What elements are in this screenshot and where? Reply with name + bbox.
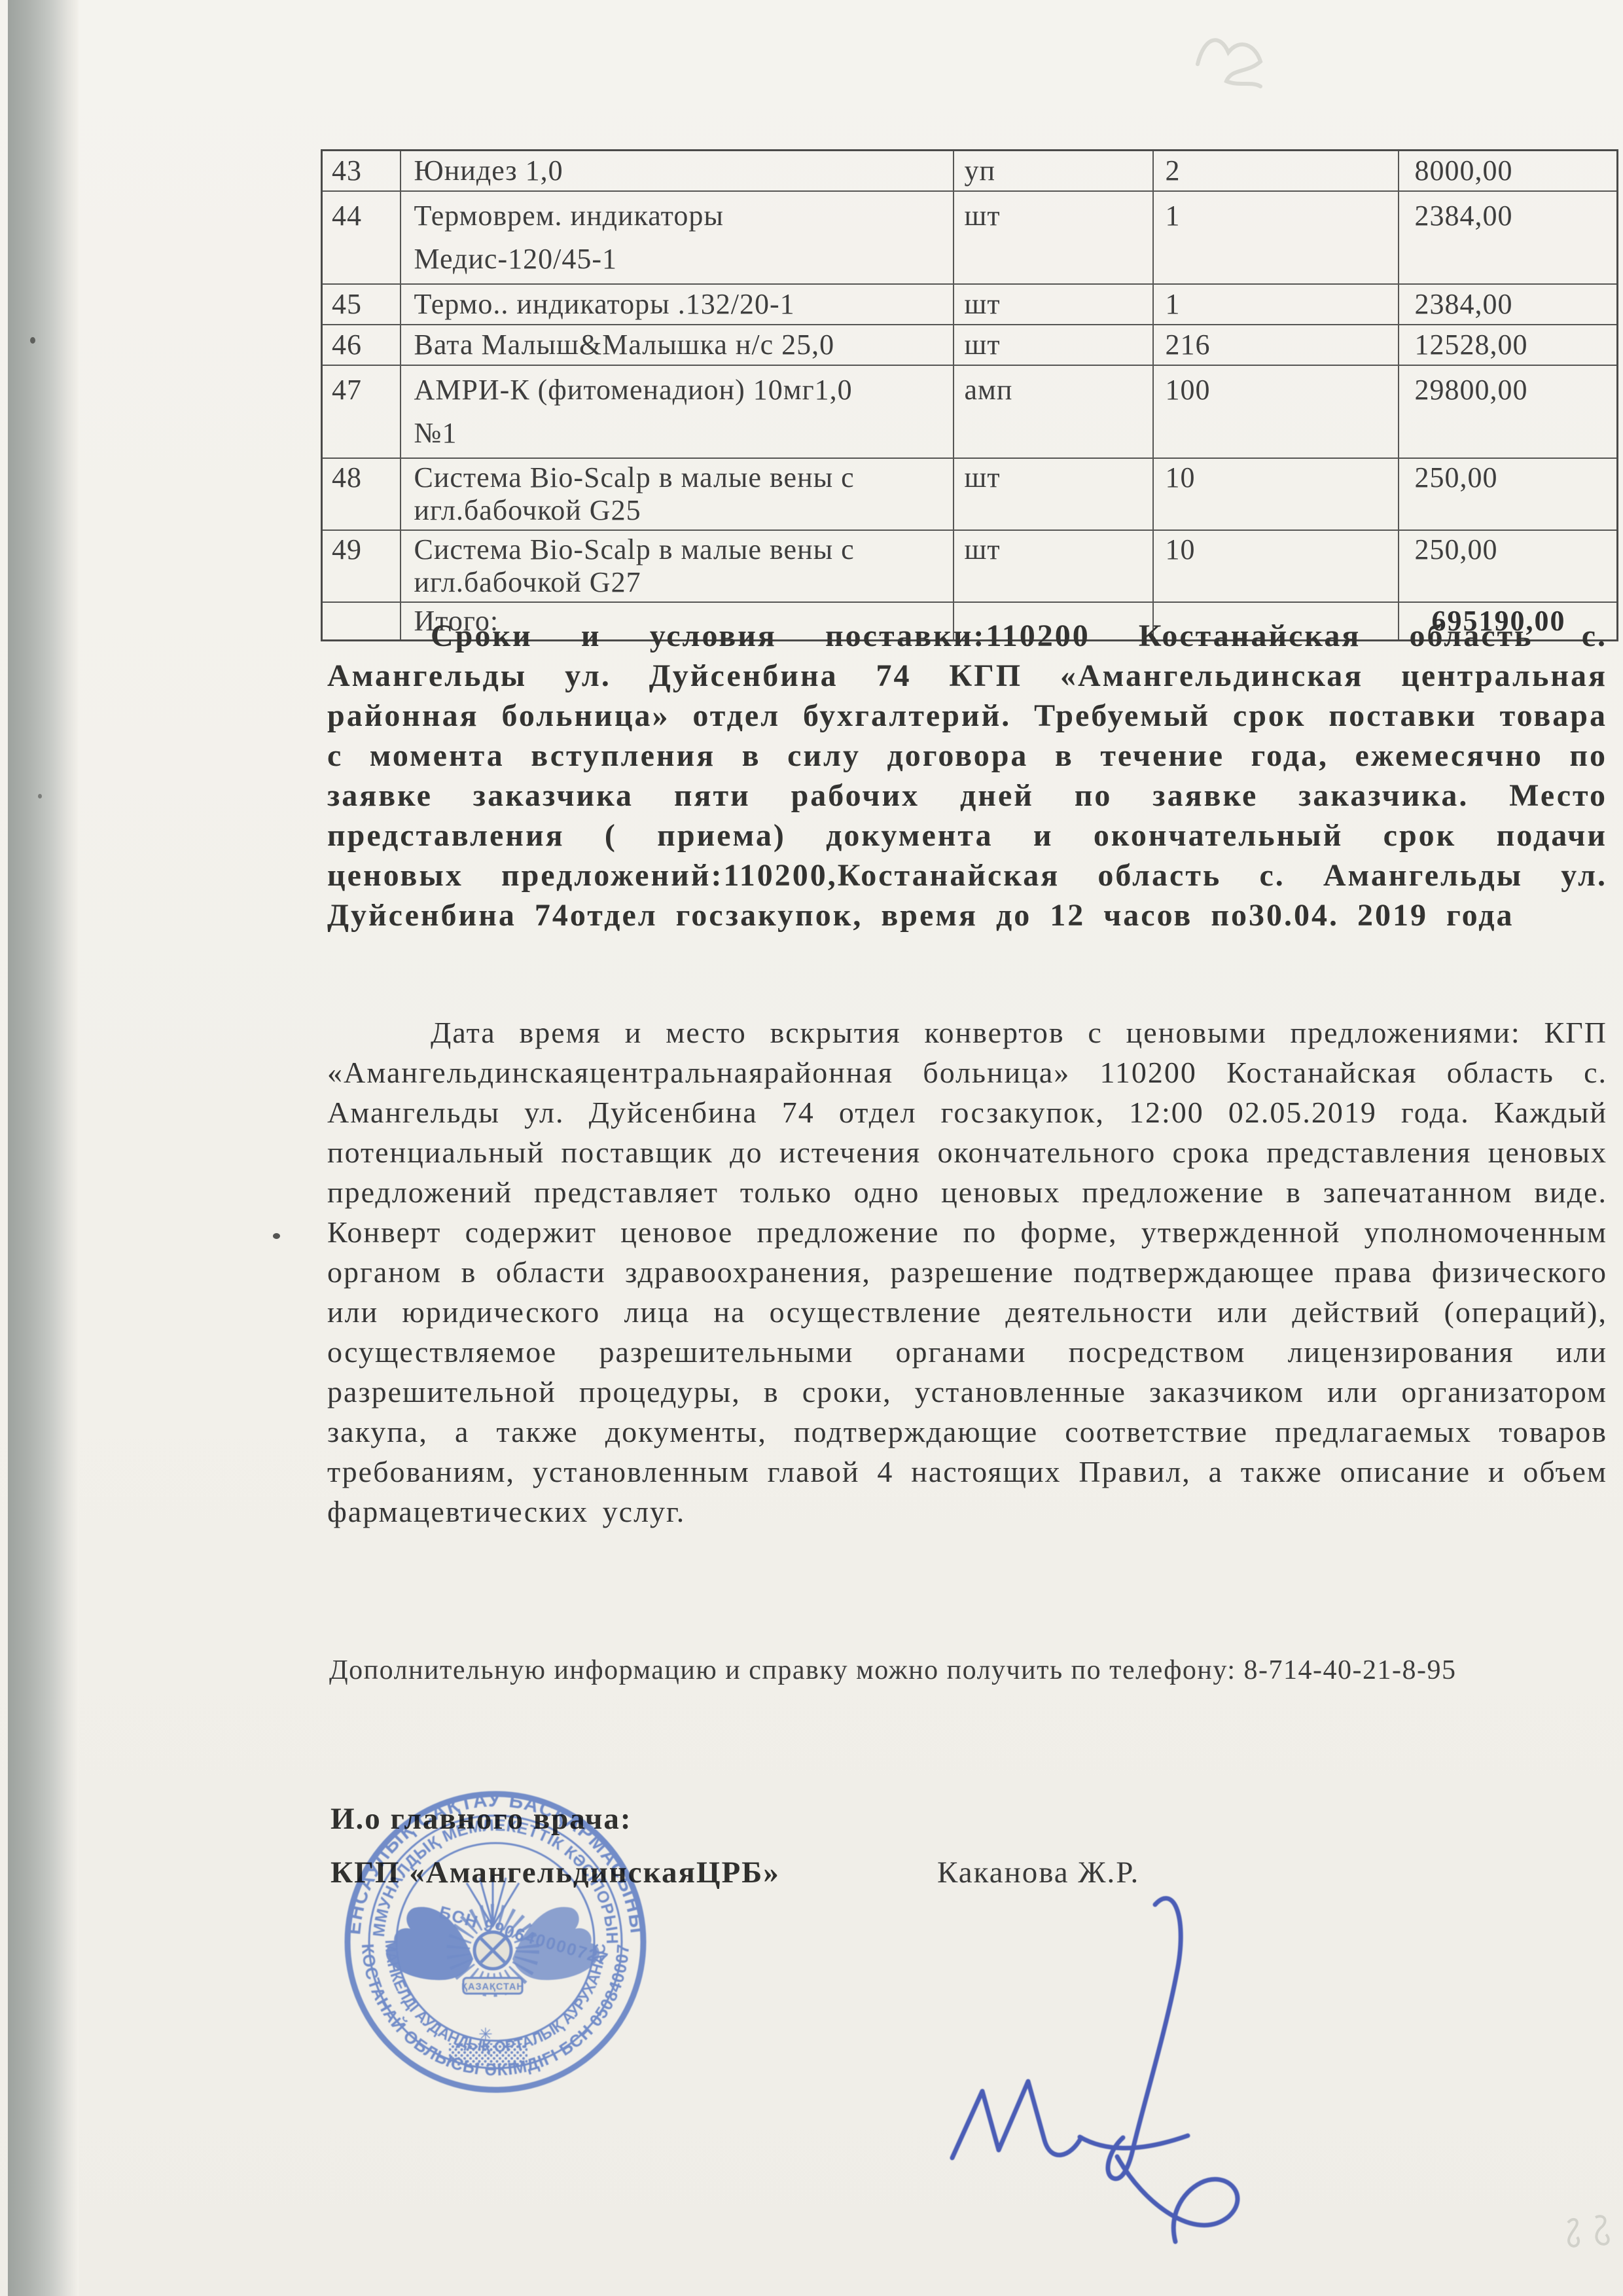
item-name-cell: Система Bio-Scalp в малые вены с игл.баб… (401, 530, 954, 602)
item-qty-cell: 2 (1153, 151, 1399, 192)
table-row: 45 Термо.. индикаторы .132/20-1 шт 1 238… (322, 284, 1618, 325)
item-number-cell: 45 (322, 284, 401, 325)
item-name-cell: Термо.. индикаторы .132/20-1 (401, 284, 954, 325)
delivery-terms-paragraph: Сроки и условия поставки:110200 Костанай… (327, 616, 1607, 935)
items-table: 43 Юнидез 1,0 уп 2 8000,00 44 Термоврем.… (321, 149, 1618, 641)
item-name-cell: Вата Малыш&Малышка н/с 25,0 (401, 325, 954, 365)
item-number-cell: 48 (322, 458, 401, 530)
emblem-banner-label: ҚАЗАҚСТАН (461, 1982, 524, 1992)
scan-artifact (38, 794, 42, 798)
item-qty-cell: 100 (1153, 365, 1399, 458)
item-unit-cell: шт (954, 284, 1153, 325)
item-name-cell: Система Bio-Scalp в малые вены с игл.баб… (401, 458, 954, 530)
emblem-right-wing (512, 1907, 599, 1981)
table-row: 48 Система Bio-Scalp в малые вены с игл.… (322, 458, 1618, 530)
item-number-cell: 47 (322, 365, 401, 458)
item-price-cell: 8000,00 (1399, 151, 1618, 192)
item-qty-cell: 1 (1153, 284, 1399, 325)
item-name-cell: АМРИ-К (фитоменадион) 10мг1,0 №1 (401, 365, 954, 458)
scan-artifact (1556, 2211, 1615, 2263)
table-row: 47 АМРИ-К (фитоменадион) 10мг1,0 №1 амп … (322, 365, 1618, 458)
item-unit-cell: шт (954, 325, 1153, 365)
item-number-cell: 43 (322, 151, 401, 192)
item-price-cell: 250,00 (1399, 458, 1618, 530)
scan-artifact (273, 1233, 280, 1239)
item-qty-cell: 216 (1153, 325, 1399, 365)
item-price-cell: 2384,00 (1399, 191, 1618, 284)
envelope-opening-paragraph: Дата время и место вскрытия конвертов с … (327, 1013, 1607, 1532)
item-unit-cell: шт (954, 191, 1153, 284)
item-price-cell: 250,00 (1399, 530, 1618, 602)
contact-phone-line: Дополнительную информацию и справку можн… (329, 1655, 1456, 1686)
official-round-stamp: ДЕНСАУЛЫҚ САҚТАУ БАСҚАРМАСЫНЫҢ КОСТАНАЙ … (319, 1765, 672, 2119)
item-unit-cell: шт (954, 530, 1153, 602)
item-unit-cell: амп (954, 365, 1153, 458)
item-number-cell: 46 (322, 325, 401, 365)
handwritten-signature (913, 1875, 1293, 2268)
table-row: 46 Вата Малыш&Малышка н/с 25,0 шт 216 12… (322, 325, 1618, 365)
item-qty-cell: 10 (1153, 530, 1399, 602)
scan-artifact (1192, 18, 1310, 103)
item-name-cell: Юнидез 1,0 (401, 151, 954, 192)
scan-artifact (30, 337, 35, 344)
stamp-star-icon: ✳ (478, 2024, 493, 2044)
item-name-cell: Термоврем. индикаторы Медис-120/45-1 (401, 191, 954, 284)
table-row: 44 Термоврем. индикаторы Медис-120/45-1 … (322, 191, 1618, 284)
item-qty-cell: 1 (1153, 191, 1399, 284)
stamp-hatch-box (449, 2043, 527, 2066)
scanner-edge-shadow (8, 0, 79, 2296)
item-number-cell: 44 (322, 191, 401, 284)
table-row: 43 Юнидез 1,0 уп 2 8000,00 (322, 151, 1618, 192)
item-unit-cell: уп (954, 151, 1153, 192)
item-price-cell: 2384,00 (1399, 284, 1618, 325)
item-price-cell: 12528,00 (1399, 325, 1618, 365)
kazakhstan-emblem (386, 1875, 599, 1994)
table-row: 49 Система Bio-Scalp в малые вены с игл.… (322, 530, 1618, 602)
item-price-cell: 29800,00 (1399, 365, 1618, 458)
item-number-cell: 49 (322, 530, 401, 602)
item-unit-cell: шт (954, 458, 1153, 530)
scanned-document-page: 43 Юнидез 1,0 уп 2 8000,00 44 Термоврем.… (0, 0, 1623, 2296)
item-qty-cell: 10 (1153, 458, 1399, 530)
